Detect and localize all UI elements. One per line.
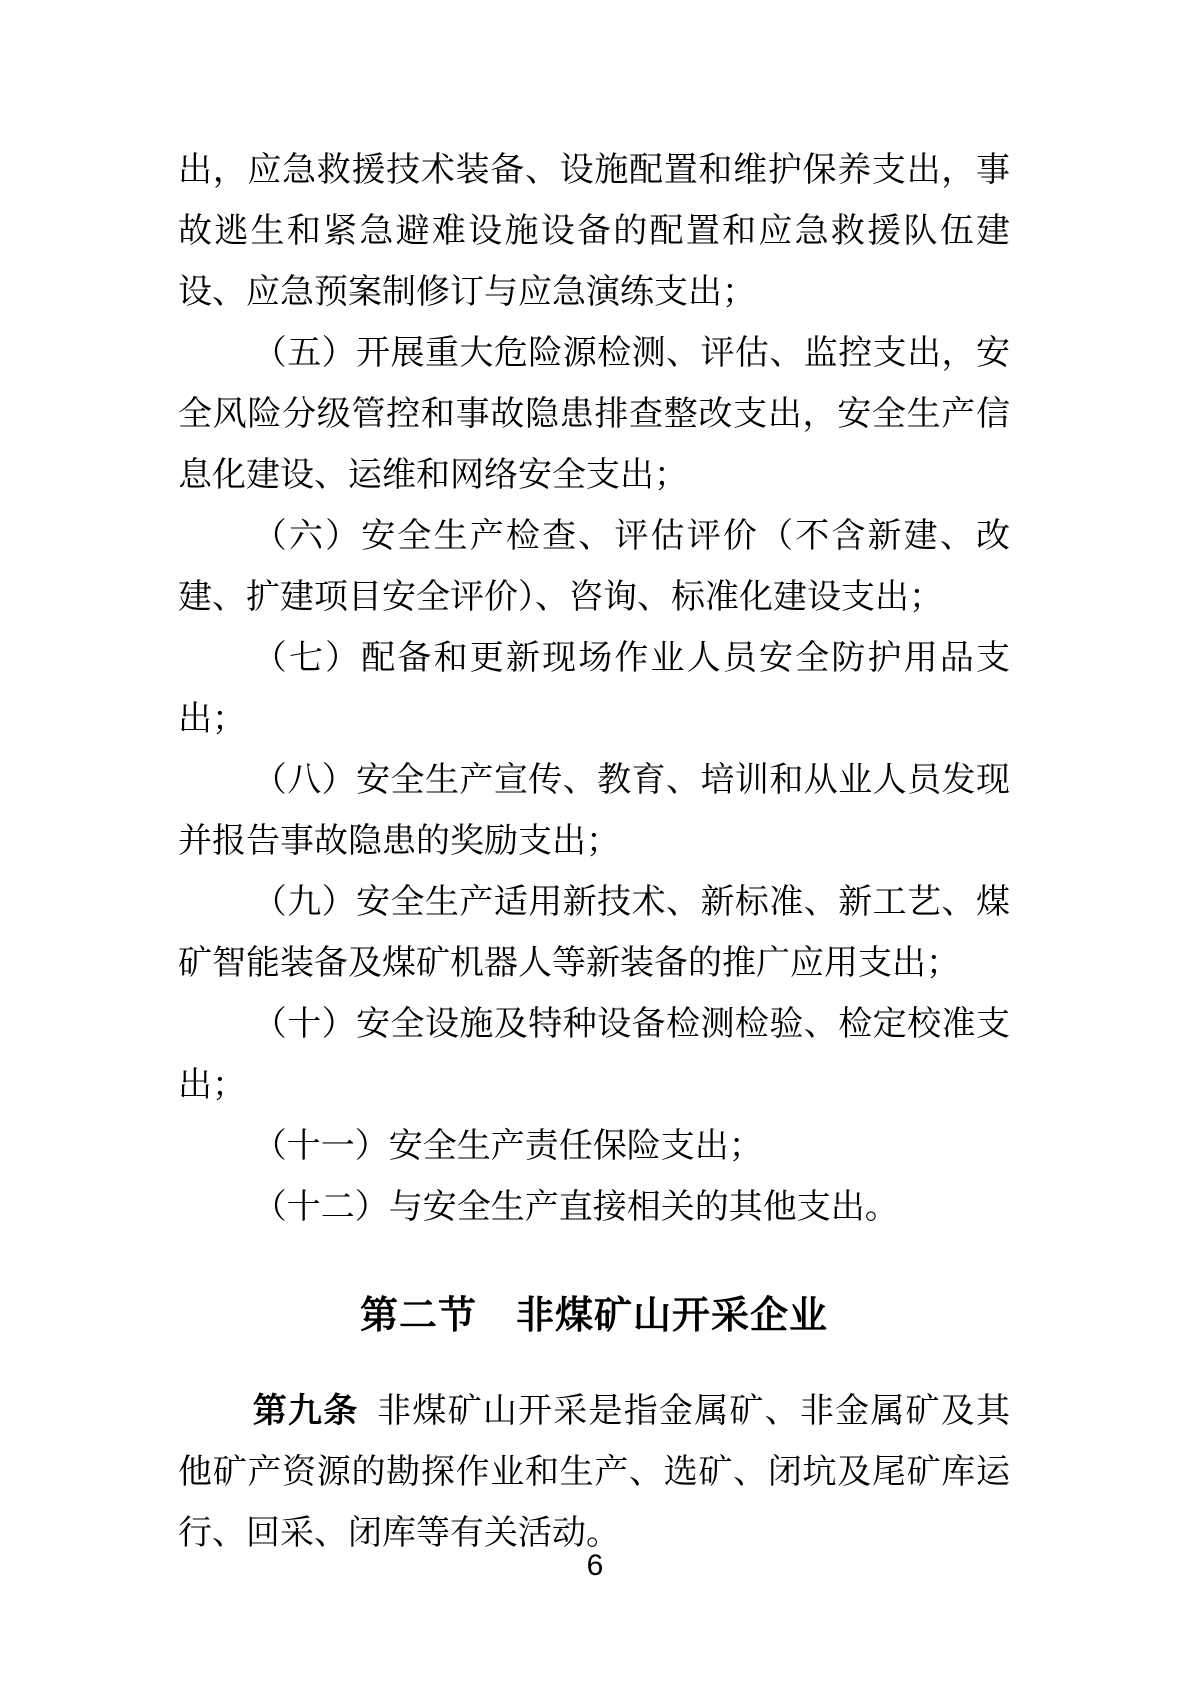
paragraph-item-5: （五）开展重大危险源检测、评估、监控支出，安全风险分级管控和事故隐患排查整改支出… bbox=[178, 323, 1010, 506]
paragraph-item-11: （十一）安全生产责任保险支出； bbox=[178, 1116, 1010, 1177]
article-paragraph: 第九条非煤矿山开采是指金属矿、非金属矿及其他矿产资源的勘探作业和生产、选矿、闭坑… bbox=[178, 1381, 1010, 1564]
article-number: 第九条 bbox=[253, 1392, 359, 1430]
paragraph-item-6: （六）安全生产检查、评估评价（不含新建、改建、扩建项目安全评价）、咨询、标准化建… bbox=[178, 506, 1010, 628]
paragraph-continuation: 出，应急救援技术装备、设施配置和维护保养支出，事故逃生和紧急避难设施设备的配置和… bbox=[178, 140, 1010, 323]
paragraph-item-9: （九）安全生产适用新技术、新标准、新工艺、煤矿智能装备及煤矿机器人等新装备的推广… bbox=[178, 872, 1010, 994]
paragraph-item-10: （十）安全设施及特种设备检测检验、检定校准支出； bbox=[178, 994, 1010, 1116]
paragraph-item-12: （十二）与安全生产直接相关的其他支出。 bbox=[178, 1177, 1010, 1238]
document-body: 出，应急救援技术装备、设施配置和维护保养支出，事故逃生和紧急避难设施设备的配置和… bbox=[178, 140, 1010, 1564]
page-number: 6 bbox=[0, 1548, 1190, 1584]
section-heading: 第二节 非煤矿山开采企业 bbox=[178, 1286, 1010, 1347]
document-page: 出，应急救援技术装备、设施配置和维护保养支出，事故逃生和紧急避难设施设备的配置和… bbox=[0, 0, 1190, 1683]
paragraph-item-8: （八）安全生产宣传、教育、培训和从业人员发现并报告事故隐患的奖励支出； bbox=[178, 750, 1010, 872]
paragraph-item-7: （七）配备和更新现场作业人员安全防护用品支出； bbox=[178, 628, 1010, 750]
